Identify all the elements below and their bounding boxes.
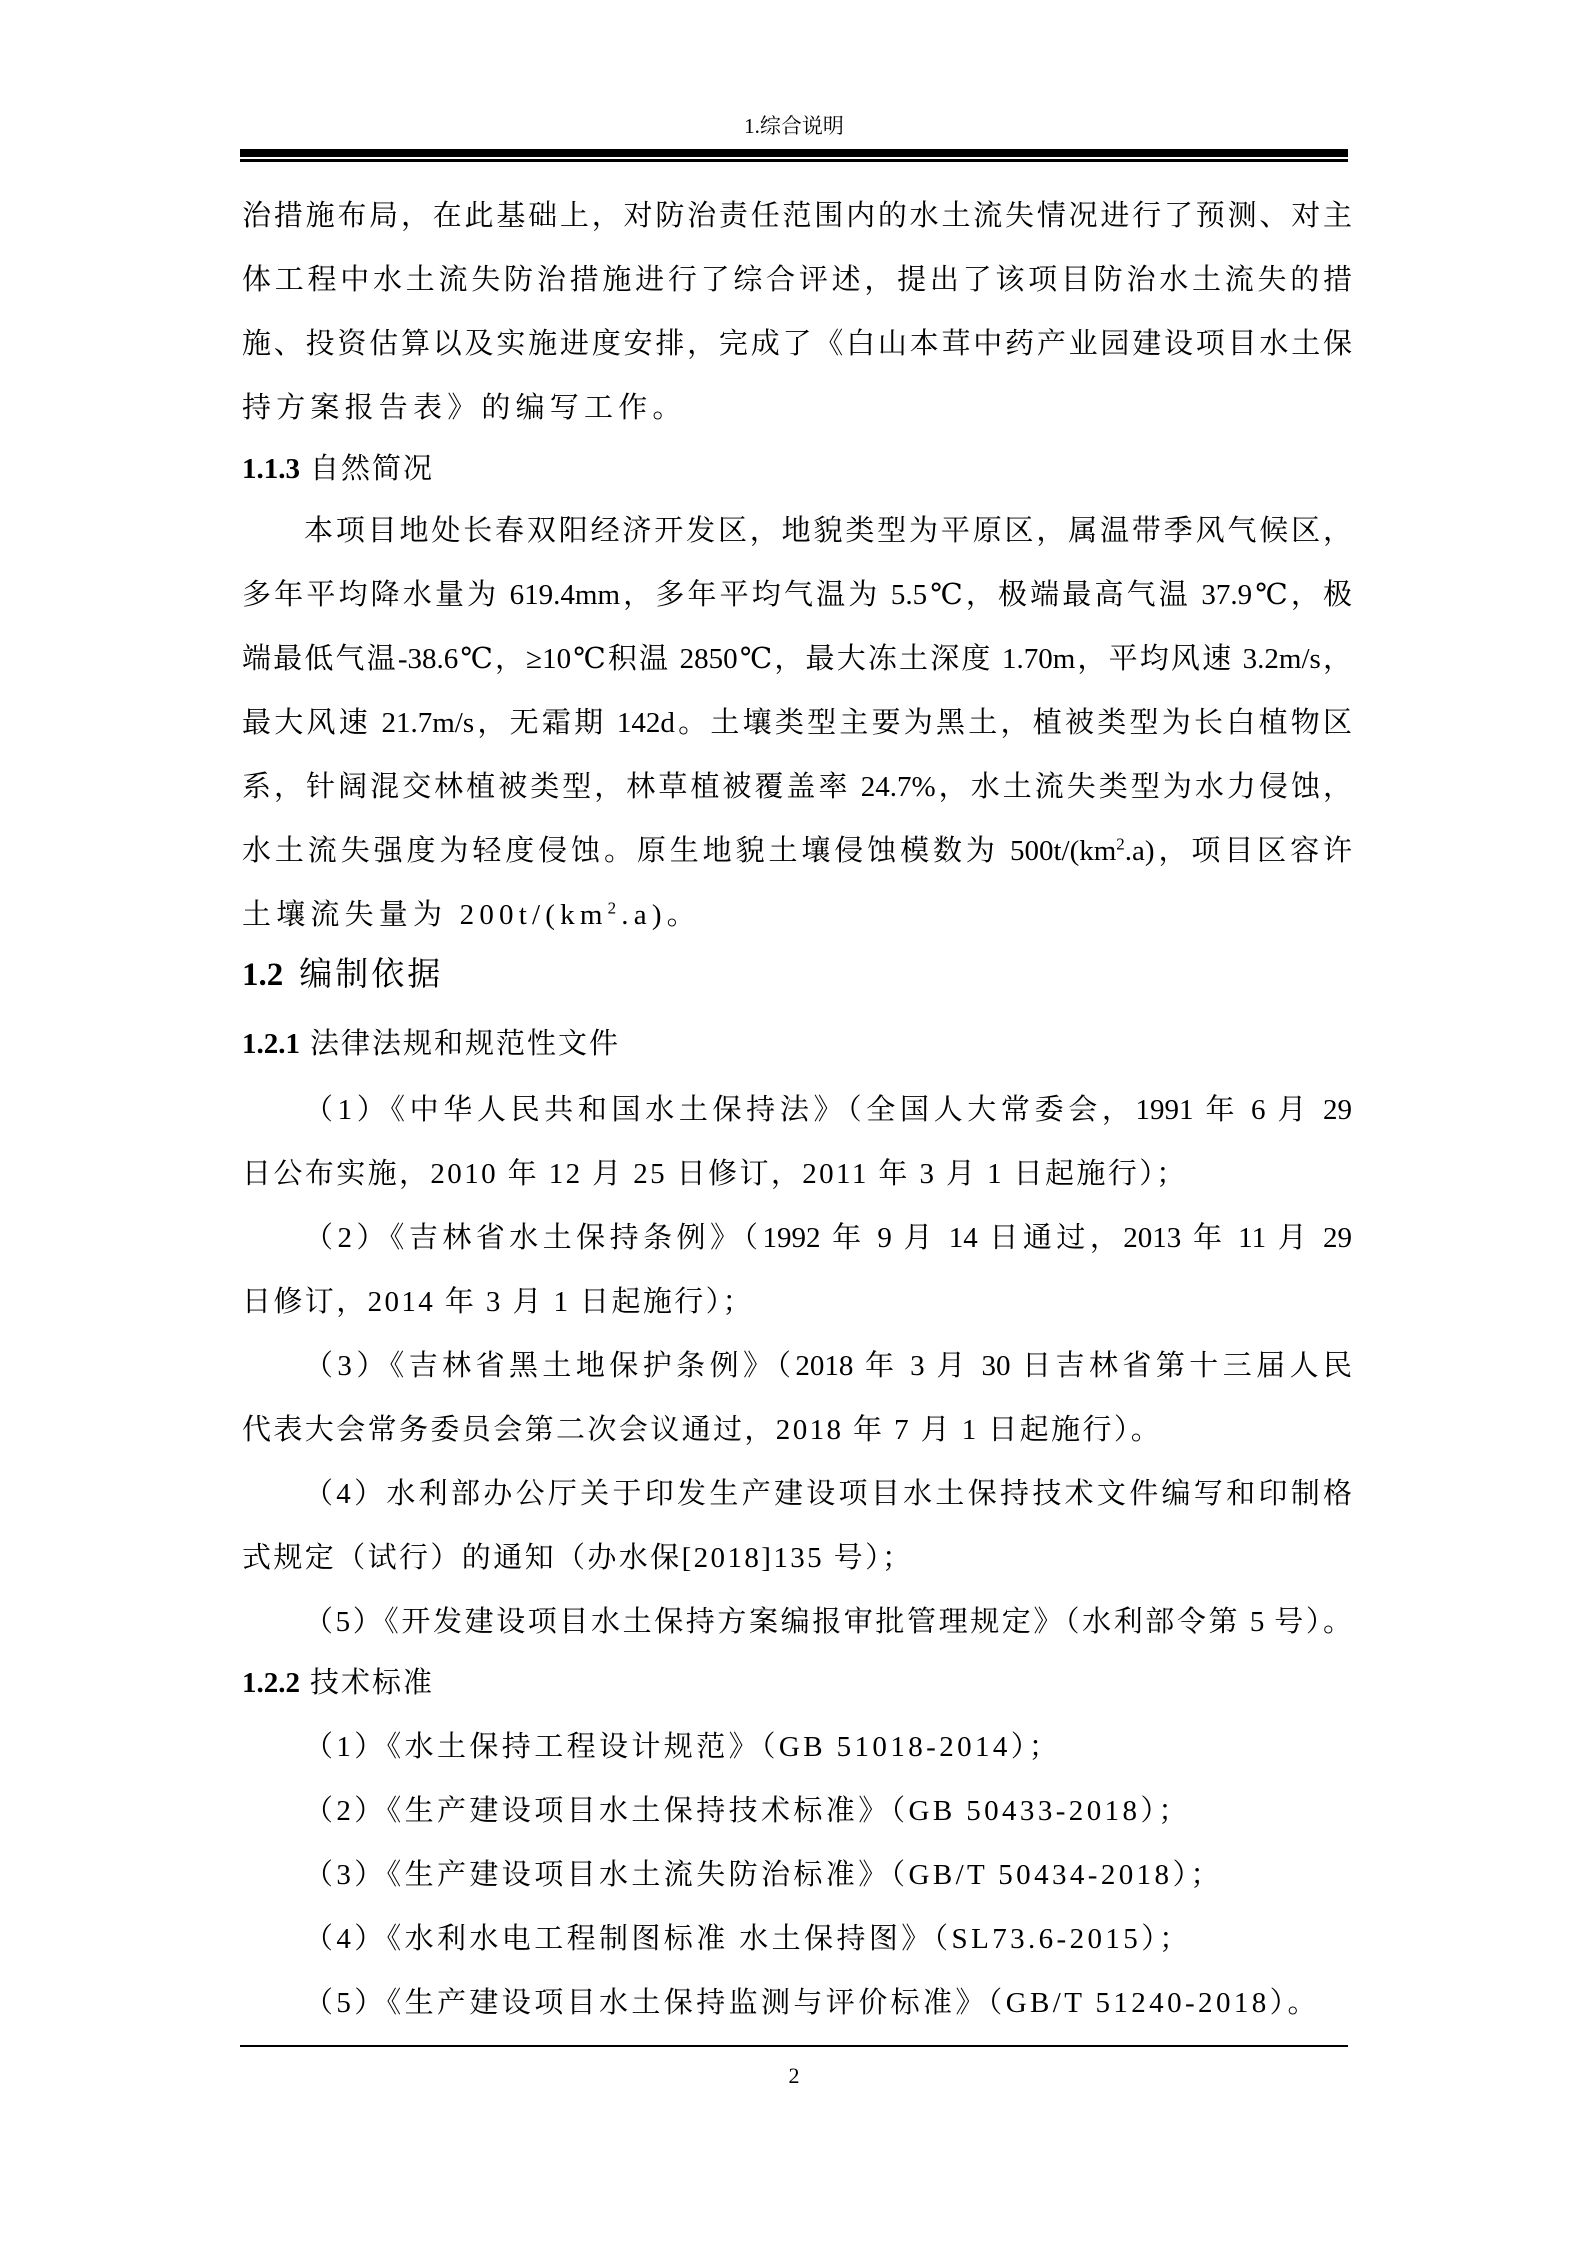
section-heading-1-2-2: 1.2.2技术标准 xyxy=(242,1665,434,1701)
paragraph-line: 系，针阔混交林植被类型，林草植被覆盖率 24.7%，水土流失类型为水力侵蚀， xyxy=(242,769,1352,805)
list-item-line: （2）《吉林省水土保持条例》（1992 年 9 月 14 日通过，2013 年 … xyxy=(304,1220,1352,1256)
section-title: 编制依据 xyxy=(299,957,443,993)
paragraph-line: 最大风速 21.7m/s，无霜期 142d。土壤类型主要为黑土，植被类型为长白植… xyxy=(242,705,1352,741)
footer-rule xyxy=(240,2045,1348,2047)
paragraph-line: 持方案报告表》的编写工作。 xyxy=(242,390,1352,426)
header-rule-thin xyxy=(240,159,1348,162)
text-span: .a)。 xyxy=(621,899,701,931)
section-title: 技术标准 xyxy=(310,1667,434,1699)
list-item-line: （1）《中华人民共和国水土保持法》（全国人大常委会，1991 年 6 月 29 xyxy=(304,1092,1352,1128)
paragraph-line: 水土流失强度为轻度侵蚀。原生地貌土壤侵蚀模数为 500t/(km2.a)，项目区… xyxy=(242,833,1352,869)
section-number: 1.2 xyxy=(242,957,283,993)
paragraph-line: 施、投资估算以及实施进度安排，完成了《白山本茸中药产业园建设项目水土保 xyxy=(242,326,1352,362)
text-span: .a)，项目区容许 xyxy=(1125,835,1352,867)
list-item-line: 式规定（试行）的通知（办水保[2018]135 号）； xyxy=(242,1540,1352,1576)
paragraph-line: 土壤流失量为 200t/(km2.a)。 xyxy=(242,897,1352,933)
section-number: 1.2.1 xyxy=(242,1028,300,1060)
list-item: （5）《生产建设项目水土保持监测与评价标准》（GB/T 51240-2018）。 xyxy=(304,1985,1352,2021)
document-page: 1.综合说明 治措施布局，在此基础上，对防治责任范围内的水土流失情况进行了预测、… xyxy=(0,0,1587,2245)
paragraph-line: 体工程中水土流失防治措施进行了综合评述，提出了该项目防治水土流失的措 xyxy=(242,262,1352,298)
list-item: （3）《生产建设项目水土流失防治标准》（GB/T 50434-2018）； xyxy=(304,1857,1352,1893)
page-number: 2 xyxy=(240,2063,1348,2089)
list-item-line: （4）水利部办公厅关于印发生产建设项目水土保持技术文件编写和印制格 xyxy=(304,1476,1352,1512)
list-item-line: （3）《吉林省黑土地保护条例》（2018 年 3 月 30 日吉林省第十三届人民 xyxy=(304,1348,1352,1384)
section-title: 法律法规和规范性文件 xyxy=(310,1028,620,1060)
list-item: （2）《生产建设项目水土保持技术标准》（GB 50433-2018）； xyxy=(304,1793,1352,1829)
header-rule-thick xyxy=(240,149,1348,157)
superscript: 2 xyxy=(1116,834,1125,853)
text-span: 土壤流失量为 200t/(km xyxy=(242,899,608,931)
paragraph-line: 端最低气温-38.6℃，≥10℃积温 2850℃，最大冻土深度 1.70m，平均… xyxy=(242,641,1352,677)
list-item: （4）《水利水电工程制图标准 水土保持图》（SL73.6-2015）； xyxy=(304,1921,1352,1957)
section-number: 1.2.2 xyxy=(242,1667,300,1699)
section-number: 1.1.3 xyxy=(242,453,300,485)
paragraph-line: 本项目地处长春双阳经济开发区，地貌类型为平原区，属温带季风气候区， xyxy=(304,513,1352,549)
section-title: 自然简况 xyxy=(310,453,434,485)
list-item-line: 日公布实施，2010 年 12 月 25 日修订，2011 年 3 月 1 日起… xyxy=(242,1156,1352,1192)
running-header-title: 1.综合说明 xyxy=(240,113,1348,139)
section-heading-1-2-1: 1.2.1法律法规和规范性文件 xyxy=(242,1026,620,1062)
list-item: （1）《水土保持工程设计规范》（GB 51018-2014）； xyxy=(304,1729,1352,1765)
text-span: 水土流失强度为轻度侵蚀。原生地貌土壤侵蚀模数为 500t/(km xyxy=(242,835,1116,867)
superscript: 2 xyxy=(608,898,622,917)
list-item-line: 日修订，2014 年 3 月 1 日起施行）； xyxy=(242,1284,1352,1320)
section-heading-1-1-3: 1.1.3自然简况 xyxy=(242,451,434,487)
paragraph-line: 治措施布局，在此基础上，对防治责任范围内的水土流失情况进行了预测、对主 xyxy=(242,198,1352,234)
section-heading-1-2: 1.2编制依据 xyxy=(242,955,443,995)
list-item-line: （5）《开发建设项目水土保持方案编报审批管理规定》（水利部令第 5 号）。 xyxy=(304,1604,1352,1640)
list-item-line: 代表大会常务委员会第二次会议通过，2018 年 7 月 1 日起施行）。 xyxy=(242,1412,1352,1448)
paragraph-line: 多年平均降水量为 619.4mm，多年平均气温为 5.5℃，极端最高气温 37.… xyxy=(242,577,1352,613)
